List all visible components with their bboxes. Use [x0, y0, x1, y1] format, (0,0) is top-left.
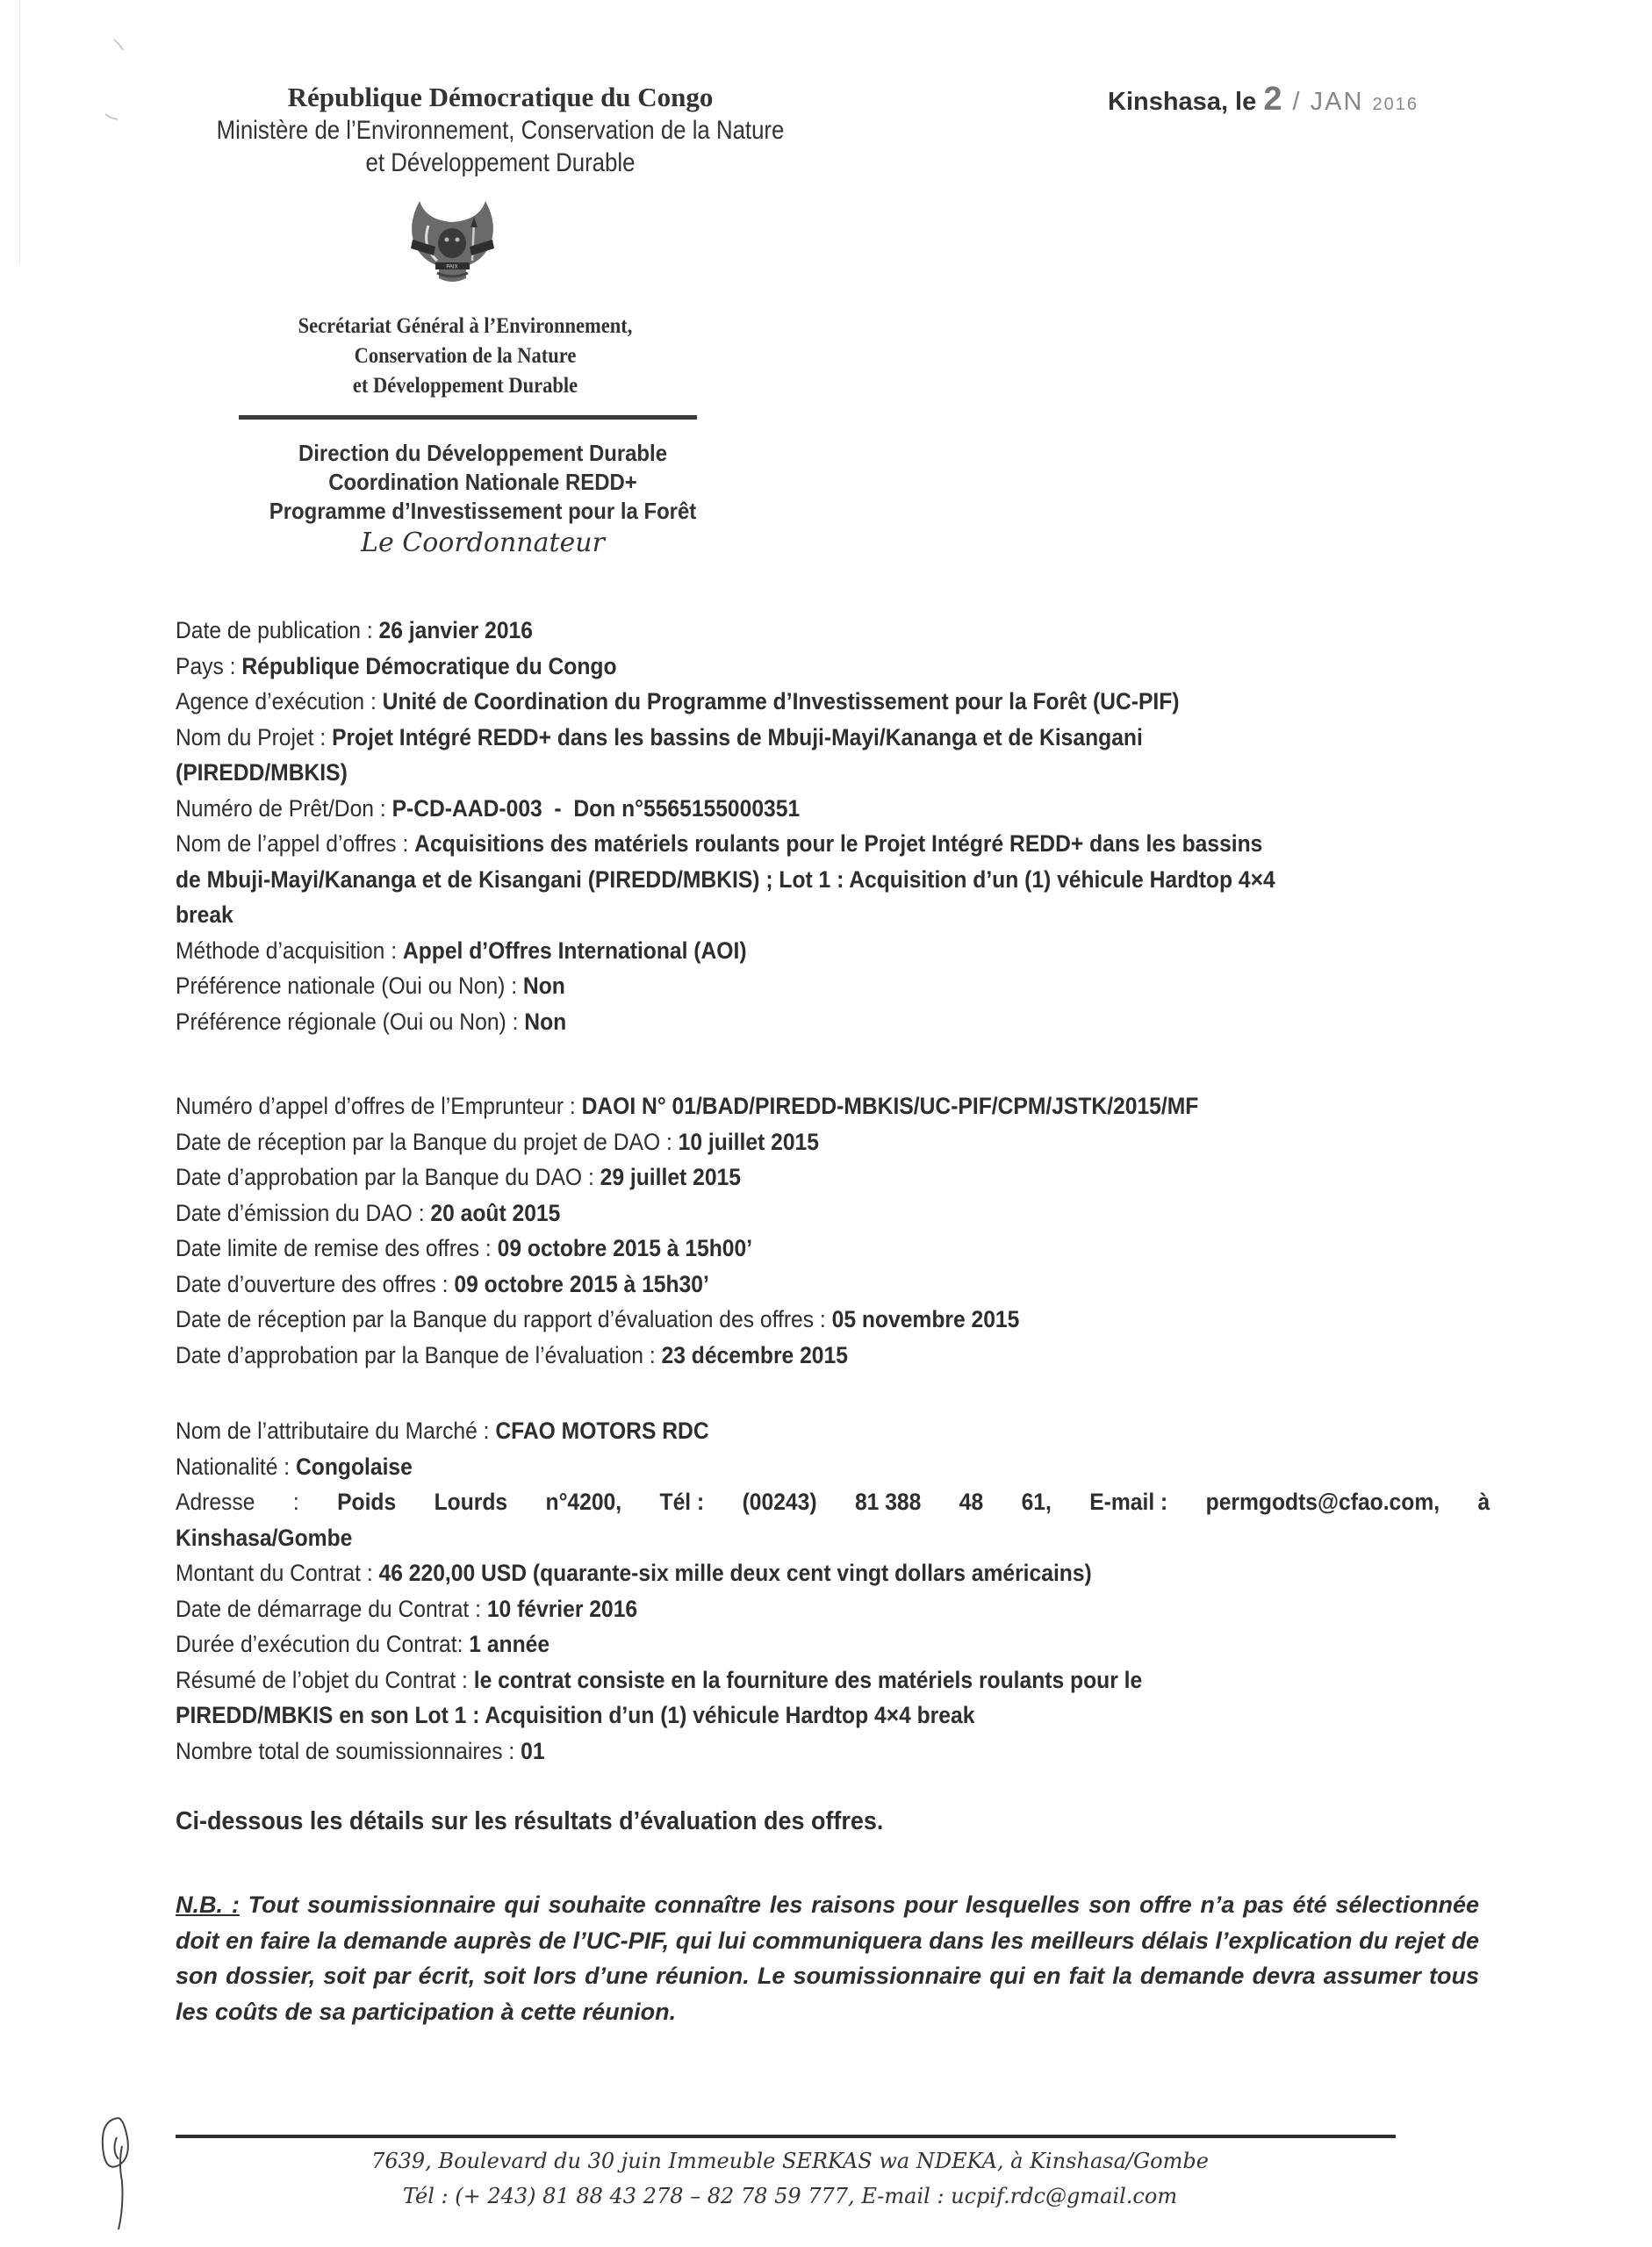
results-heading: Ci-dessous les détails sur les résultats…	[176, 1804, 1400, 1840]
footer-divider	[176, 2135, 1396, 2138]
place-date-prefix: Kinshasa, le	[1108, 88, 1256, 116]
field-project-name-cont: (PIREDD/MBKIS)	[176, 755, 1400, 791]
nb-note: N.B. : Tout soumissionnaire qui souhaite…	[176, 1887, 1479, 2029]
address-part: 81 388	[855, 1484, 921, 1520]
nb-text: Tout soumissionnaire qui souhaite connaî…	[176, 1892, 1479, 2025]
field-national-preference: Préférence nationale (Oui ou Non) : Non	[176, 968, 1400, 1004]
address-part: n°4200,	[546, 1484, 622, 1520]
field-tender-name-cont: de Mbuji-Mayi/Kananga et de Kisangani (P…	[176, 862, 1400, 898]
ministry-line-2: et Développement Durable	[206, 147, 795, 179]
republic-title: République Démocratique du Congo	[158, 81, 843, 114]
date-stamp: 2 / JAN 2016	[1263, 88, 1419, 116]
project-info: Date de publication : 26 janvier 2016 Pa…	[176, 613, 1492, 1039]
date-submission-deadline: Date limite de remise des offres : 09 oc…	[176, 1231, 1400, 1267]
address-part: :	[293, 1484, 299, 1520]
sg-line-1: Secrétariat Général à l’Environnement,	[228, 312, 702, 341]
ministry-line-1: Ministère de l’Environnement, Conservati…	[206, 114, 795, 147]
direction-line-2: Coordination Nationale REDD+	[200, 468, 765, 497]
results-heading-wrap: Ci-dessous les détails sur les résultats…	[176, 1804, 1492, 1840]
place-date: Kinshasa, le 2 / JAN 2016	[1108, 81, 1419, 118]
address-part: (00243)	[743, 1484, 817, 1520]
address-part: 48	[959, 1484, 983, 1520]
secretariat-block: Secrétariat Général à l’Environnement, C…	[202, 312, 729, 401]
award-duration: Durée d’exécution du Contrat: 1 année	[176, 1626, 1400, 1662]
date-dao-reception: Date de réception par la Banque du proje…	[176, 1124, 1400, 1160]
address-part: Lourds	[435, 1484, 508, 1520]
date-bid-opening: Date d’ouverture des offres : 09 octobre…	[176, 1267, 1400, 1303]
signatory-title: Le Coordonnateur	[176, 526, 790, 561]
direction-line-1: Direction du Développement Durable	[200, 439, 765, 468]
award-start-date: Date de démarrage du Contrat : 10 févrie…	[176, 1591, 1400, 1627]
field-tender-name: Nom de l’appel d’offres : Acquisitions d…	[176, 826, 1400, 862]
award-nationality: Nationalité : Congolaise	[176, 1449, 1400, 1485]
direction-block: Direction du Développement Durable Coord…	[176, 439, 790, 561]
award-summary: Résumé de l’objet du Contrat : le contra…	[176, 1662, 1400, 1698]
award-summary-cont: PIREDD/MBKIS en son Lot 1 : Acquisition …	[176, 1698, 1400, 1734]
svg-text:PAIX: PAIX	[446, 265, 457, 270]
date-dao-issue: Date d’émission du DAO : 20 août 2015	[176, 1195, 1400, 1231]
field-country: Pays : République Démocratique du Congo	[176, 649, 1400, 685]
address-part: Poids	[337, 1484, 396, 1520]
letterhead: République Démocratique du Congo Ministè…	[158, 81, 843, 179]
scan-margin-line	[19, 0, 20, 263]
sg-line-3: et Développement Durable	[228, 371, 702, 401]
award-address-cont: Kinshasa/Gombe	[176, 1520, 1400, 1556]
address-part: à	[1477, 1484, 1490, 1520]
field-method: Méthode d’acquisition : Appel d’Offres I…	[176, 933, 1400, 969]
header-divider	[239, 415, 697, 420]
footer-contact: Tél : (+ 243) 81 88 43 278 – 82 78 59 77…	[176, 2179, 1404, 2214]
field-tender-name-cont2: break	[176, 897, 1400, 933]
field-loan-number: Numéro de Prêt/Don : P-CD-AAD-003 - Don …	[176, 791, 1400, 827]
address-part: Adresse	[176, 1484, 255, 1520]
sg-line-2: Conservation de la Nature	[228, 341, 702, 371]
award-amount: Montant du Contrat : 46 220,00 USD (quar…	[176, 1555, 1400, 1591]
footer-address: 7639, Boulevard du 30 juin Immeuble SERK…	[176, 2143, 1404, 2179]
nb-prefix: N.B. :	[176, 1892, 240, 1918]
award-details: Nom de l’attributaire du Marché : CFAO M…	[176, 1413, 1492, 1769]
address-part: Tél :	[660, 1484, 705, 1520]
scan-speck-marks	[105, 22, 140, 127]
date-tender-number: Numéro d’appel d’offres de l’Emprunteur …	[176, 1088, 1400, 1124]
field-project-name: Nom du Projet : Projet Intégré REDD+ dan…	[176, 720, 1400, 756]
handwritten-initials	[92, 2111, 145, 2234]
address-part: 61,	[1022, 1484, 1052, 1520]
field-regional-preference: Préférence régionale (Oui ou Non) : Non	[176, 1004, 1400, 1040]
date-dao-approval: Date d’approbation par la Banque du DAO …	[176, 1159, 1400, 1195]
field-agency: Agence d’exécution : Unité de Coordinati…	[176, 684, 1400, 720]
footer: 7639, Boulevard du 30 juin Immeuble SERK…	[176, 2143, 1404, 2214]
direction-line-3: Programme d’Investissement pour la Forêt	[200, 497, 765, 526]
coat-of-arms-emblem-icon: PAIX	[402, 197, 503, 290]
award-bidders: Nombre total de soumissionnaires : 01	[176, 1734, 1400, 1770]
award-name: Nom de l’attributaire du Marché : CFAO M…	[176, 1413, 1400, 1449]
field-publication-date: Date de publication : 26 janvier 2016	[176, 613, 1400, 649]
award-address: Adresse:PoidsLourdsn°4200,Tél :(00243)81…	[176, 1484, 1490, 1520]
address-part: permgodts@cfao.com,	[1206, 1484, 1440, 1520]
date-evaluation-reception: Date de réception par la Banque du rappo…	[176, 1302, 1400, 1338]
tender-dates: Numéro d’appel d’offres de l’Emprunteur …	[176, 1088, 1492, 1373]
date-evaluation-approval: Date d’approbation par la Banque de l’év…	[176, 1338, 1400, 1374]
address-part: E-mail :	[1089, 1484, 1167, 1520]
